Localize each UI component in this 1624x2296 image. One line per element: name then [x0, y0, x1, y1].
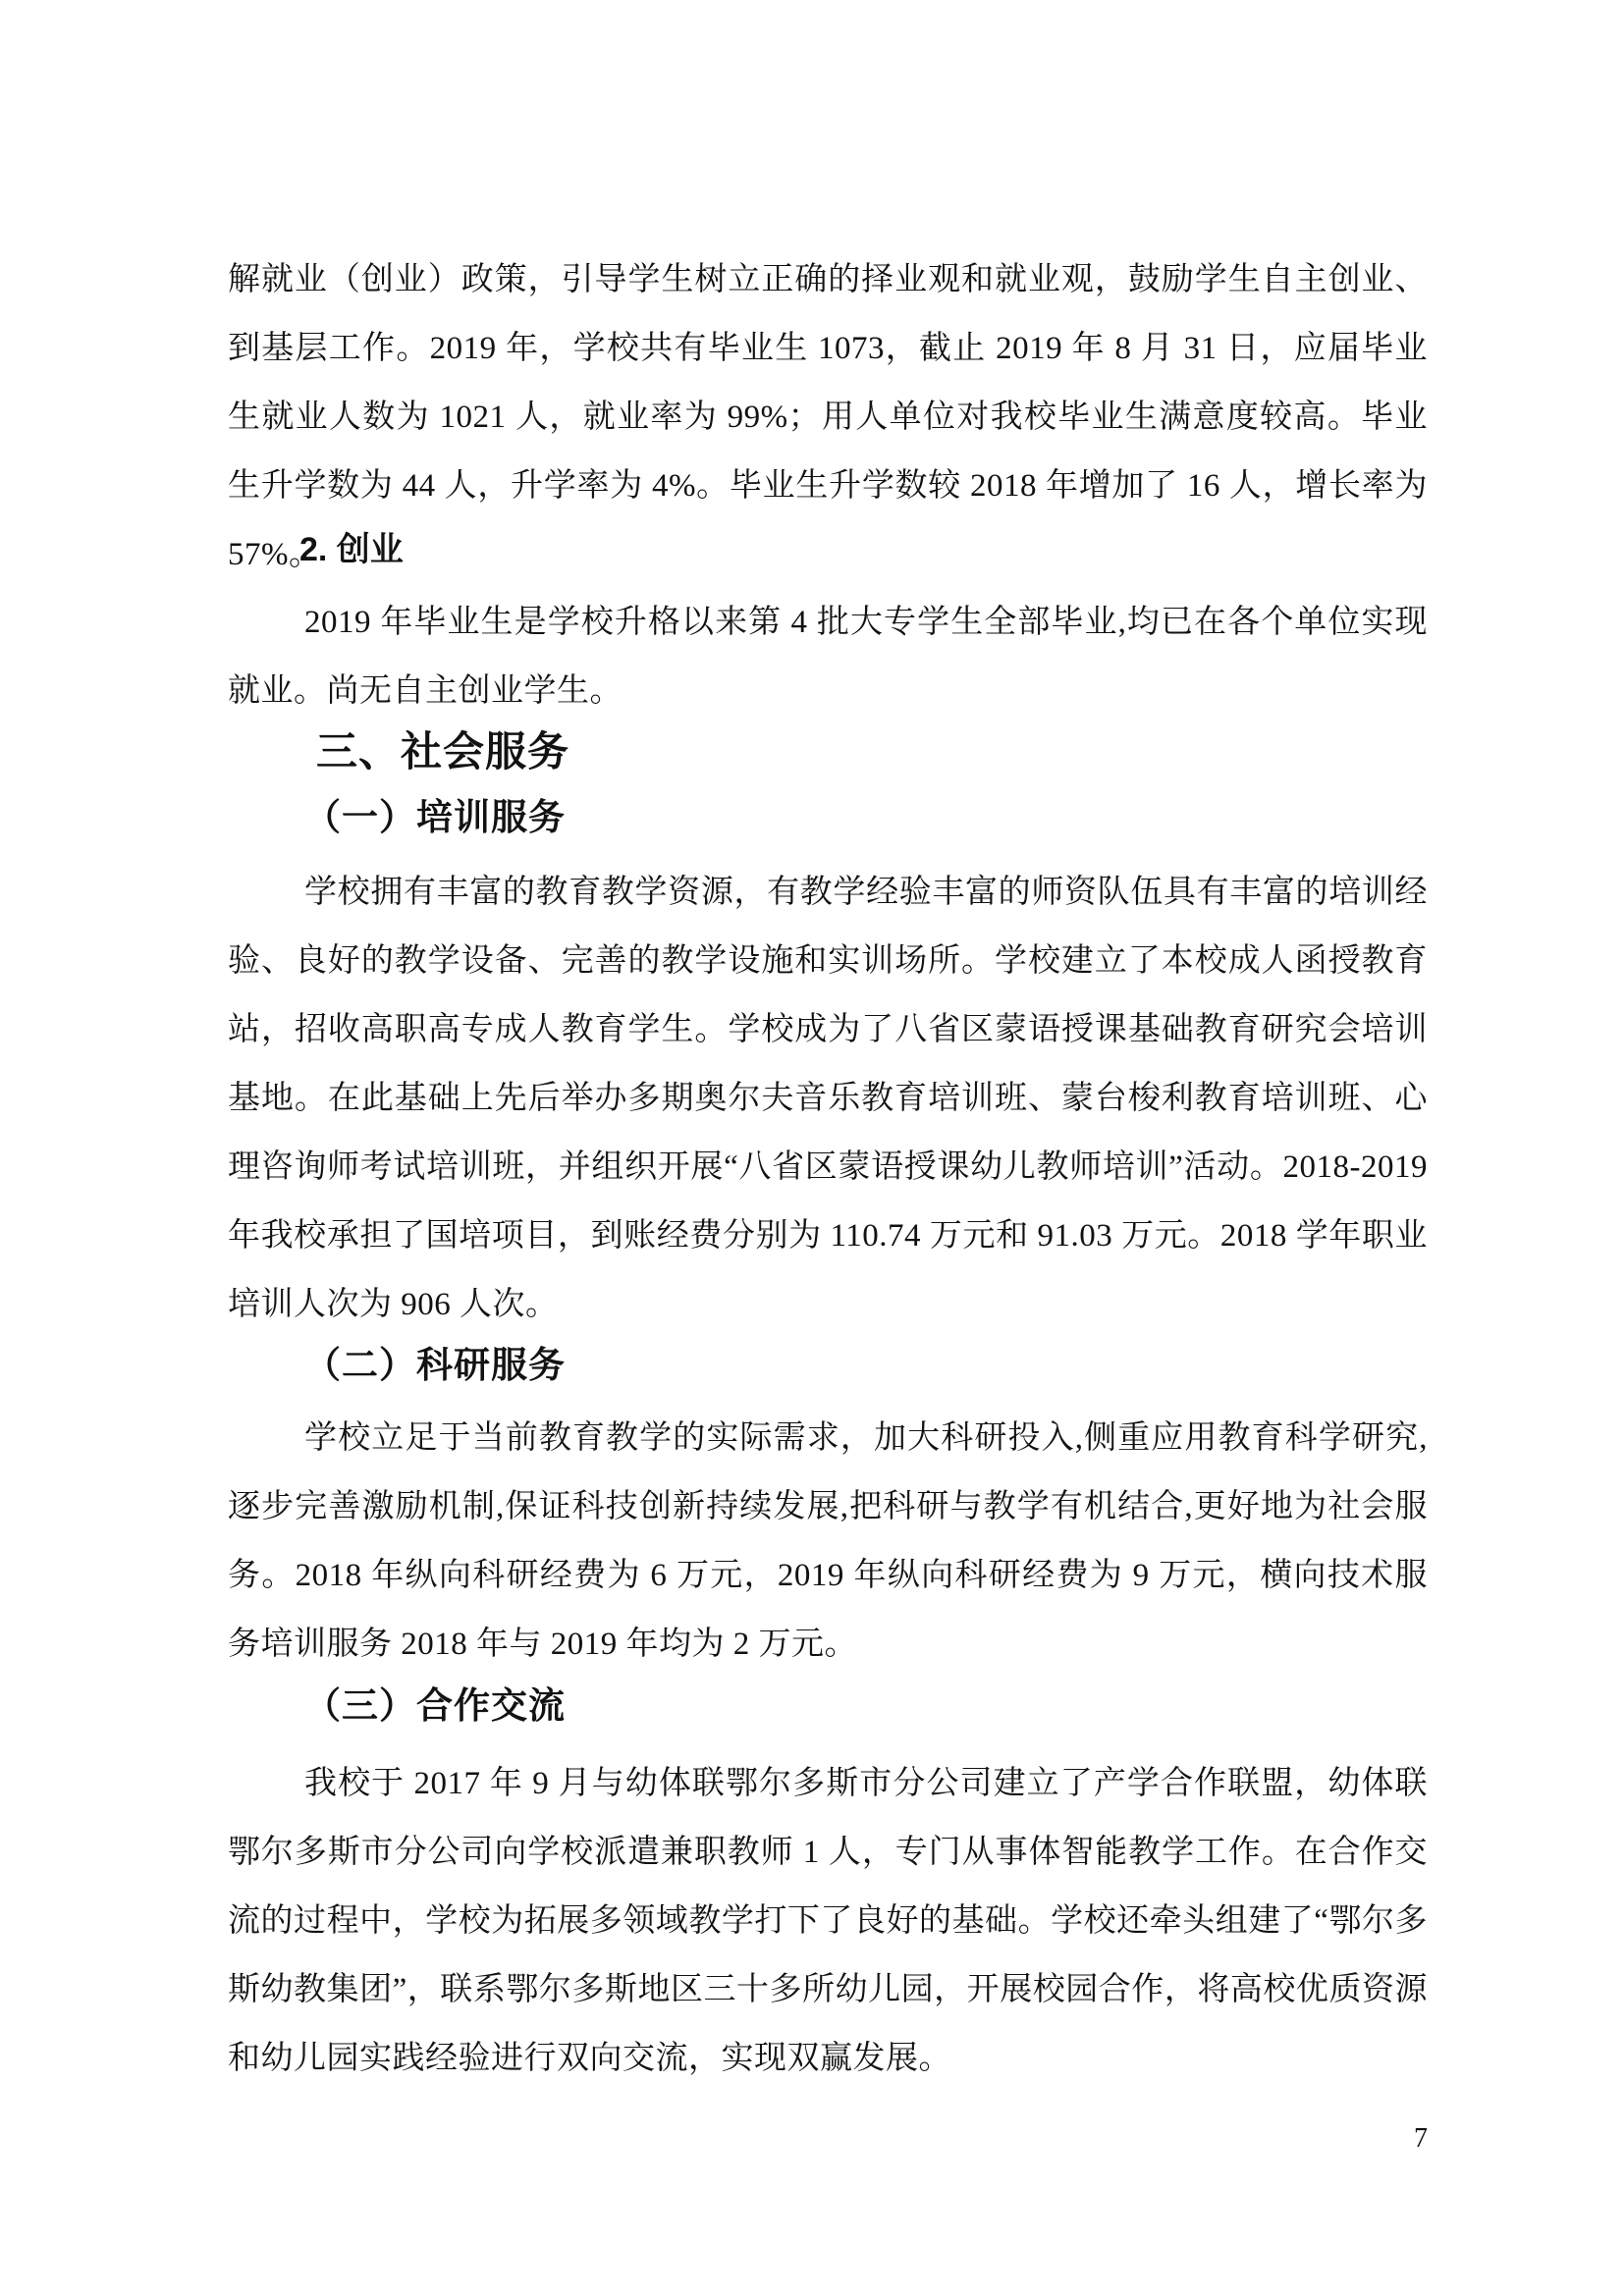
document-page: 解就业（创业）政策，引导学生树立正确的择业观和就业观，鼓励学生自主创业、到基层工… — [0, 0, 1624, 2296]
paragraph-research-service: 学校立足于当前教育教学的实际需求，加大科研投入,侧重应用教育科学研究,逐步完善激… — [228, 1404, 1428, 1679]
heading-research-service: （二）科研服务 — [228, 1331, 1428, 1400]
heading-cooperation-exchange: （三）合作交流 — [228, 1672, 1428, 1740]
paragraph-cooperation-exchange: 我校于 2017 年 9 月与幼体联鄂尔多斯市分公司建立了产学合作联盟，幼体联鄂… — [228, 1749, 1428, 2093]
heading-training-service: （一）培训服务 — [228, 783, 1428, 852]
paragraph-startup: 2019 年毕业生是学校升格以来第 4 批大专学生全部毕业,均已在各个单位实现就… — [228, 588, 1428, 725]
page-number: 7 — [228, 2122, 1428, 2156]
heading-2-startup: 2. 创业 — [228, 515, 1428, 584]
paragraph-training-service: 学校拥有丰富的教育教学资源，有教学经验丰富的师资队伍具有丰富的培训经验、良好的教… — [228, 858, 1428, 1339]
heading-section-3-social-service: 三、社会服务 — [228, 718, 1428, 786]
